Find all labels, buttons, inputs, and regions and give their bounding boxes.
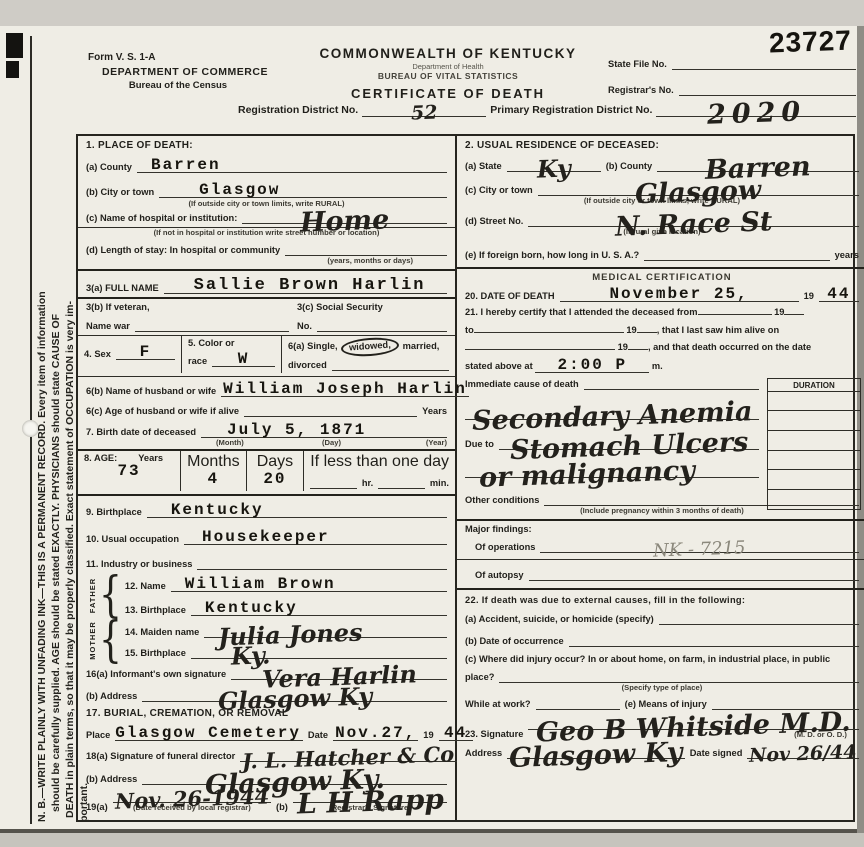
means-of-injury-label: (e) Means of injury <box>625 699 707 710</box>
occupation-value: Housekeeper <box>202 529 330 545</box>
veteran-namewar-label: Name war <box>86 321 130 332</box>
autopsy-line <box>529 567 859 581</box>
spouse-line: William Joseph Harlin <box>221 381 469 397</box>
certify-paragraph: 21. I hereby certify that I attended the… <box>465 304 859 376</box>
death-date-label: 20. DATE OF DEATH <box>465 291 555 302</box>
registrar-sig-line: L H Rapp <box>293 789 447 803</box>
death-date-value: November 25, <box>609 286 748 302</box>
burial-date-label: Date <box>308 730 328 741</box>
father-name-line: William Brown <box>171 576 447 592</box>
sex-label: 4. Sex <box>84 349 111 360</box>
sex-cell: 4. Sex F <box>78 336 182 373</box>
binding-mark <box>6 33 23 58</box>
margin-note-line: should be carefully supplied. AGE should… <box>50 38 64 822</box>
certify-19b: 19 <box>626 325 636 335</box>
pod-hospital-label: (c) Name of hospital or institution: <box>86 213 237 224</box>
physician-addr-line: Glasgow Ky <box>507 745 684 759</box>
operations-label: Of operations <box>475 542 535 553</box>
pod-county-line: Barren <box>137 157 447 173</box>
burial-19: 19 <box>423 730 433 741</box>
due-to-value-2: or malignancy <box>479 460 696 489</box>
informant-addr-label: (b) Address <box>86 691 137 702</box>
res-foreign-suffix: years <box>835 250 859 261</box>
ssn-no-label: No. <box>297 321 312 332</box>
binding-mark <box>6 61 19 78</box>
spouse-age-label: 6(c) Age of husband or wife if alive <box>86 406 239 417</box>
fullname-line: Sallie Brown Harlin <box>164 277 447 294</box>
immediate-cause-line-1 <box>584 376 759 390</box>
burial-place-value: Glasgow Cemetery <box>115 725 301 741</box>
external-a-line <box>659 611 859 625</box>
date-signed-line: Nov 26/44 <box>747 745 859 759</box>
father-birthplace-line: Kentucky <box>191 600 447 616</box>
registration-district-row: Registration District No. 52 Primary Reg… <box>238 103 856 117</box>
commonwealth-title: COMMONWEALTH OF KENTUCKY <box>300 46 596 61</box>
birthplace-line: Kentucky <box>147 502 447 518</box>
place-of-death-title: 1. PLACE OF DEATH: <box>86 140 447 151</box>
certify-19a: 19 <box>774 307 784 317</box>
occupation-line: Housekeeper <box>184 529 447 545</box>
state-file-line <box>672 56 856 70</box>
birthdate-day-hint: (Day) <box>293 438 370 447</box>
certify-text-2: , that I last saw him alive on <box>657 325 779 335</box>
primary-district-line: 2020 <box>656 103 856 117</box>
residence-title: 2. USUAL RESIDENCE OF DECEASED: <box>465 140 859 151</box>
pod-hospital-value: Home <box>300 209 390 234</box>
operations-value: NK - 7215 <box>653 541 746 559</box>
res-street-value: N. Race St <box>615 211 773 238</box>
immediate-cause-line-2: Secondary Anemia <box>465 406 759 420</box>
age-months-cell: Months 4 <box>181 451 246 491</box>
res-foreign-line <box>644 247 829 261</box>
registrars-no-label: Registrar's No. <box>608 85 674 96</box>
margin-note-line: N. B.—WRITE PLAINLY WITH UNFADING INK—TH… <box>36 38 50 822</box>
birthdate-line: July 5, 1871 <box>201 422 447 438</box>
certify-to: to <box>465 325 474 335</box>
primary-district-label: Primary Registration District No. <box>490 104 652 117</box>
while-at-work-label: While at work? <box>465 699 531 710</box>
industry-line <box>197 556 447 570</box>
due-to-line-2: or malignancy <box>465 464 759 478</box>
pod-county-value: Barren <box>151 157 221 173</box>
death-date-19: 19 <box>804 291 814 302</box>
physician-addr-label: Address <box>465 748 502 759</box>
burial-date-line: Nov.27, <box>333 725 418 741</box>
age-years-cell: 8. AGE:Years 73 <box>78 451 181 491</box>
res-state-value: Ky <box>536 158 570 178</box>
physician-sig-label: 23. Signature <box>465 729 523 740</box>
funeral-sig-line: J. L. Hatcher & Co <box>240 748 456 762</box>
date-signed-label: Date signed <box>690 748 743 759</box>
certify-text-1: 21. I hereby certify that I attended the… <box>465 307 698 317</box>
bureau-vital: BUREAU OF VITAL STATISTICS <box>300 71 596 81</box>
father-side-label: FATHER <box>88 578 97 613</box>
physician-addr-value: Glasgow Ky <box>509 742 683 770</box>
birthdate-label: 7. Birth date of deceased <box>86 427 196 438</box>
fullname-label: 3(a) FULL NAME <box>86 283 159 294</box>
marital-cell: 6(a) Single, widowed, married, divorced <box>282 336 455 373</box>
external-c-label: (c) Where did injury occur? In or about … <box>465 653 859 666</box>
spouse-age-line <box>244 403 417 417</box>
res-state-line: Ky <box>507 158 601 172</box>
reg-district-label: Registration District No. <box>238 104 358 117</box>
mother-group: MOTHER 14. Maiden name Julia Jones 15. B… <box>86 620 447 661</box>
birthdate-year-hint: (Year) <box>370 438 447 447</box>
ssn-line <box>317 318 447 332</box>
pod-county-label: (a) County <box>86 162 132 173</box>
physician-sig-line: Geo B Whitside M.D. <box>528 716 859 730</box>
other-conditions-label: Other conditions <box>465 495 539 506</box>
spouse-age-suffix: Years <box>422 406 447 417</box>
death-date-line: November 25, <box>560 286 799 302</box>
registrar-b-label: (b) <box>276 802 288 813</box>
mother-birthplace-label: 15. Birthplace <box>125 648 186 659</box>
primary-district-value: 2020 <box>706 102 806 127</box>
age-label: 8. AGE: <box>84 453 117 464</box>
ssn-label: 3(c) Social Security <box>297 302 383 313</box>
sex-line: F <box>116 344 175 360</box>
form-number: Form V. S. 1-A <box>88 52 268 63</box>
res-city-line: Glasgow <box>538 182 859 196</box>
res-county-line: Barren <box>657 158 859 172</box>
burial-place-line: Glasgow Cemetery <box>115 725 303 741</box>
mother-side-label: MOTHER <box>88 622 97 661</box>
registrar-sig-value: L H Rapp <box>296 789 444 817</box>
birthdate-value: July 5, 1871 <box>227 422 366 438</box>
scan-top-edge <box>0 0 864 26</box>
received-date-value: Nov. 26-1944 <box>114 788 269 810</box>
duration-box: DURATION <box>767 378 861 510</box>
reg-district-line: 52 <box>362 103 486 117</box>
certificate-body: 1. PLACE OF DEATH: (a) County Barren (b)… <box>76 134 855 822</box>
res-city-label: (c) City or town <box>465 185 533 196</box>
received-date-line: Nov. 26-1944 <box>113 789 271 803</box>
dept-commerce: DEPARTMENT OF COMMERCE <box>102 66 268 78</box>
pod-city-hint: (If outside city or town limits, write R… <box>86 199 447 208</box>
date-signed-value: Nov 26/44 <box>749 745 857 764</box>
age-months-value: 4 <box>208 470 220 488</box>
veteran-line <box>135 318 289 332</box>
pod-hospital-line: Home <box>242 210 447 224</box>
external-c-line <box>499 669 858 683</box>
pod-stay-label: (d) Length of stay: In hospital or commu… <box>86 245 280 256</box>
state-file-label: State File No. <box>608 59 667 70</box>
occupation-label: 10. Usual occupation <box>86 534 179 545</box>
age-less-cell: If less than one day hr. min. <box>304 451 455 491</box>
mother-name-line: Julia Jones <box>204 624 447 638</box>
race-line: W <box>212 351 275 367</box>
certify-19c: 19 <box>618 342 628 352</box>
father-name-label: 12. Name <box>125 581 166 592</box>
pod-city-label: (b) City or town <box>86 187 154 198</box>
death-year-line: 44 <box>819 286 859 302</box>
due-to-label: Due to <box>465 439 494 450</box>
race-value: W <box>238 351 250 367</box>
external-c-hint: (Specify type of place) <box>465 683 859 692</box>
pod-city-line: Glasgow <box>159 182 447 198</box>
age-days-cell: Days 20 <box>247 451 305 491</box>
spouse-value: William Joseph Harlin <box>223 381 467 397</box>
mother-name-label: 14. Maiden name <box>125 627 199 638</box>
age-years-value: 73 <box>117 462 140 480</box>
marital-rest: married, <box>403 341 440 351</box>
duration-label: DURATION <box>768 379 860 391</box>
operations-line: NK - 7215 <box>540 539 858 553</box>
informant-addr-line: Glasgow Ky <box>142 688 447 702</box>
registrar-row-label: 19(a) <box>86 802 108 813</box>
bureau-census: Bureau of the Census <box>88 80 268 91</box>
marital-label: 6(a) Single, <box>288 341 338 351</box>
death-year-value: 44 <box>827 286 850 302</box>
res-county-label: (b) County <box>606 161 652 172</box>
autopsy-label: Of autopsy <box>475 570 524 581</box>
death-time-line: 2:00 P <box>535 357 649 373</box>
funeral-addr-label: (b) Address <box>86 774 137 785</box>
informant-addr-value: Glasgow Ky <box>217 687 372 712</box>
informant-sig-label: 16(a) Informant's own signature <box>86 669 226 680</box>
burial-place-label: Place <box>86 730 110 741</box>
father-group: FATHER 12. Name William Brown 13. Birthp… <box>86 574 447 616</box>
external-b-line <box>569 633 859 647</box>
age-min-label: min. <box>430 478 449 489</box>
major-findings-label: Major findings: <box>465 524 532 535</box>
pod-city-value: Glasgow <box>199 182 280 198</box>
header-file-numbers: 23727 State File No. Registrar's No. <box>608 56 856 96</box>
veteran-label: 3(b) If veteran, <box>86 302 150 313</box>
burial-date-value: Nov.27, <box>335 725 416 741</box>
death-time-suffix: m. <box>652 361 663 371</box>
res-street-line: N. Race St <box>528 213 859 227</box>
external-causes-title: 22. If death was due to external causes,… <box>465 595 859 605</box>
birthdate-month-hint: (Month) <box>216 438 293 447</box>
marital-line <box>332 357 449 371</box>
res-street-label: (d) Street No. <box>465 216 523 227</box>
marital-circled-value: widowed, <box>341 336 400 358</box>
header-agency: Form V. S. 1-A DEPARTMENT OF COMMERCE Bu… <box>88 52 268 91</box>
left-column: 1. PLACE OF DEATH: (a) County Barren (b)… <box>78 136 457 820</box>
immediate-cause-label: Immediate cause of death <box>465 379 579 390</box>
res-state-label: (a) State <box>465 161 502 172</box>
due-to-line-1: Stomach Ulcers <box>499 436 759 450</box>
race-label-2: race <box>188 356 207 367</box>
age-years-label: Years <box>138 453 163 464</box>
age-less-label: If less than one day <box>310 453 449 472</box>
informant-sig-line: Vera Harlin <box>231 666 447 680</box>
res-foreign-label: (e) If foreign born, how long in U. S. A… <box>465 250 639 261</box>
age-row: 8. AGE:Years 73 Months 4 Days 20 If less… <box>78 451 455 491</box>
res-city-value: Glasgow <box>635 180 762 206</box>
birthplace-value: Kentucky <box>171 502 264 518</box>
age-days-value: 20 <box>263 470 286 488</box>
age-hr-label: hr. <box>362 478 373 489</box>
certify-text-4: stated above at <box>465 361 533 371</box>
father-birthplace-value: Kentucky <box>205 600 298 616</box>
header-title-block: COMMONWEALTH OF KENTUCKY Department of H… <box>300 46 596 101</box>
medical-certification-title: MEDICAL CERTIFICATION <box>465 272 859 283</box>
reg-district-value: 52 <box>411 105 438 121</box>
certify-text-3: , and that death occurred on the date <box>648 342 811 352</box>
pod-stay-line <box>285 242 447 256</box>
while-at-work-line <box>536 696 620 710</box>
state-file-number-stamp: 23727 <box>769 25 853 60</box>
certificate-title: CERTIFICATE OF DEATH <box>300 86 596 101</box>
registrars-no-line <box>679 82 856 96</box>
pod-stay-hint: (years, months or days) <box>86 256 447 265</box>
race-cell: 5. Color or race W <box>182 336 282 373</box>
right-column: 2. USUAL RESIDENCE OF DECEASED: (a) Stat… <box>457 136 864 820</box>
dept-health: Department of Health <box>300 62 596 71</box>
marital-label-2: divorced <box>288 360 327 371</box>
father-name-value: William Brown <box>185 576 336 592</box>
pod-hospital-hint: (If not in hospital or institution write… <box>86 228 447 237</box>
cause-of-death-block: DURATION Immediate cause of death Second… <box>465 376 859 478</box>
external-a-label: (a) Accident, suicide, or homicide (spec… <box>465 614 654 625</box>
death-time-value: 2:00 P <box>557 357 627 373</box>
external-b-label: (b) Date of occurrence <box>465 636 564 647</box>
external-c-label-2: place? <box>465 672 494 683</box>
mother-birthplace-value: Ky. <box>231 646 271 667</box>
father-birthplace-label: 13. Birthplace <box>125 605 186 616</box>
race-label-1: 5. Color or <box>188 338 235 349</box>
funeral-sig-label: 18(a) Signature of funeral director <box>86 751 235 762</box>
fullname-value: Sallie Brown Harlin <box>194 277 426 294</box>
scan-bottom-edge <box>0 829 864 847</box>
spouse-label: 6(b) Name of husband or wife <box>86 386 216 397</box>
birthplace-label: 9. Birthplace <box>86 507 142 518</box>
sex-value: F <box>140 344 152 360</box>
